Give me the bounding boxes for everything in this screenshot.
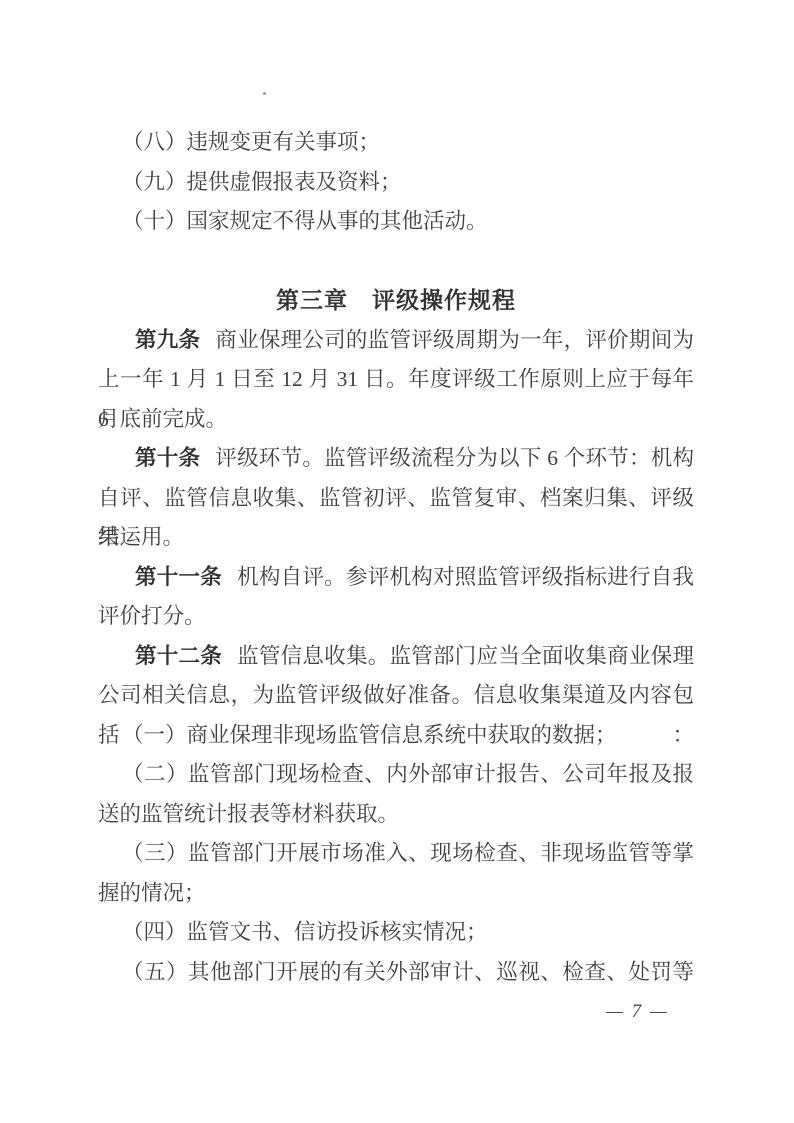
text-line: （三）监管部门开展市场准入、现场检查、非现场监管等掌 <box>98 834 694 874</box>
text-line-body: 商业保理公司的监管评级周期为一年，评价期间为 <box>215 328 694 352</box>
text-line: 第十一条机构自评。参评机构对照监管评级指标进行自我 <box>98 558 694 598</box>
text-line: 公司相关信息，为监管评级做好准备。信息收集渠道及内容包括： <box>98 676 694 716</box>
chapter-heading: 第三章 评级操作规程 <box>98 281 694 321</box>
article-number-label: 第九条 <box>135 328 200 352</box>
article-number-label: 第十一条 <box>135 565 222 589</box>
text-line: （四）监管文书、信访投诉核实情况； <box>98 913 694 953</box>
text-line: （一）商业保理非现场监管信息系统中获取的数据； <box>98 716 694 756</box>
text-line: 月底前完成。 <box>98 400 694 440</box>
text-line-body: 监管信息收集。监管部门应当全面收集商业保理 <box>237 644 694 668</box>
text-line: 评价打分。 <box>98 597 694 637</box>
text-line: 上一年 1 月 1 日至 12 月 31 日。年度评级工作原则上应于每年 6 <box>98 360 694 400</box>
text-line: 送的监管统计报表等材料获取。 <box>98 795 694 835</box>
text-line: 第九条商业保理公司的监管评级周期为一年，评价期间为 <box>98 321 694 361</box>
text-line: 第十二条监管信息收集。监管部门应当全面收集商业保理 <box>98 637 694 677</box>
document-body: （八）违规变更有关事项； （九）提供虚假报表及资料； （十）国家规定不得从事的其… <box>98 123 694 992</box>
scan-artifact-dot <box>263 92 266 95</box>
text-line: 握的情况； <box>98 874 694 914</box>
text-line: 第十条评级环节。监管评级流程分为以下 6 个环节：机构 <box>98 439 694 479</box>
text-line: （五）其他部门开展的有关外部审计、巡视、检查、处罚等 <box>98 953 694 993</box>
article-number-label: 第十条 <box>135 446 200 470</box>
text-line-body: 机构自评。参评机构对照监管评级指标进行自我 <box>237 565 694 589</box>
text-line: 自评、监管信息收集、监管初评、监管复审、档案归集、评级结 <box>98 479 694 519</box>
text-line: （十）国家规定不得从事的其他活动。 <box>98 202 694 242</box>
document-page: （八）违规变更有关事项； （九）提供虚假报表及资料； （十）国家规定不得从事的其… <box>0 0 794 1123</box>
text-line: 果运用。 <box>98 518 694 558</box>
article-number-label: 第十二条 <box>135 644 222 668</box>
text-line: （九）提供虚假报表及资料； <box>98 163 694 203</box>
page-number: — 7 — <box>606 999 696 1025</box>
text-line: （八）违规变更有关事项； <box>98 123 694 163</box>
text-line: （二）监管部门现场检查、内外部审计报告、公司年报及报 <box>98 755 694 795</box>
text-line-body: 评级环节。监管评级流程分为以下 6 个环节：机构 <box>215 446 694 470</box>
